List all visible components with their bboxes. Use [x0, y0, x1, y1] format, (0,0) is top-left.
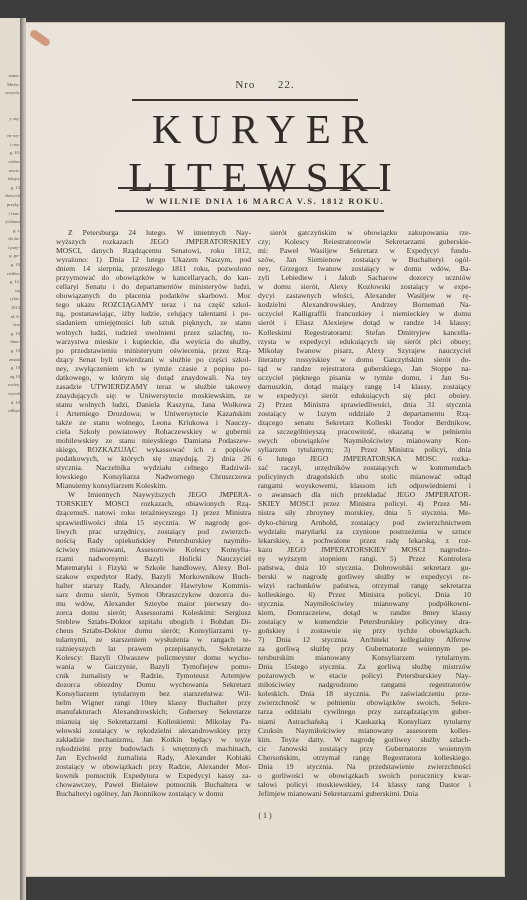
text-line: kownik pomocnik Expedytora w Expedycyi k… — [56, 771, 251, 780]
text-line: zać raczył, urzędników zostaiących w kom… — [258, 463, 471, 472]
text-line: tersburskim mianowany Konsyliarzem tytul… — [258, 653, 471, 662]
text-line: zostaiący w obowiązkach przy Radzie, Ale… — [56, 762, 251, 771]
text-line: chowawczey, Paweł Bielaiew pomocnik Buch… — [56, 780, 251, 789]
previous-page-edge: zaina- Mośw- wszych. y xię- ne wy- i cza… — [0, 18, 20, 900]
text-line: wyższych rozkazach JEGO JMPERATORSKIEY — [56, 237, 251, 246]
text-line: Jefimjew mianowani Sekretarzami guberski… — [258, 789, 471, 798]
text-line: rzysta w expedycyi edukuiących się sieró… — [258, 337, 471, 346]
text-line: państwa, dnia 10 stycznia. Dobrowolski s… — [258, 563, 471, 572]
text-line: Matematyki i Fizyki w Szkole handlowey, … — [56, 563, 251, 572]
text-line: cnik żurnalisty w Radzie, Tymoteusz Arte… — [56, 671, 251, 680]
text-line: zakładzie mechanizmu, Jan Kotkin będący … — [56, 735, 251, 744]
text-line: tałowi policyi moskiewskiey, 14 klassy r… — [258, 780, 471, 789]
text-line: zorca domu sierót; Assessorami Koleskimi… — [56, 608, 251, 617]
text-line: za gorliwą służbę przy Gubernatorze woie… — [258, 644, 471, 653]
text-line: mohilewskiey ze stanu mieyskiego Damiana… — [56, 436, 251, 445]
text-line: czy; Kolescy Reiestratorowie Sekretarzam… — [258, 237, 471, 246]
text-line: cellaryi Senatu i do departamentów minis… — [56, 282, 251, 291]
text-line: sprawiedliwości dnia 15 stycznia. W nagr… — [56, 518, 251, 527]
text-line: wizyi rachunków państwa, otrzymał rangę … — [258, 581, 471, 590]
text-line: ney, zwyłączeniem ich w tymże czasie z p… — [56, 364, 251, 373]
text-line: skiego, ROZKAZUJĄC wykassować ich z popi… — [56, 445, 251, 454]
newspaper-page: Nro 22. KURYER LITEWSKI W WILNIE DNIA 16… — [25, 22, 505, 877]
text-line: za szczególnieyszą pracowitość, okazaną … — [258, 427, 471, 436]
text-line: Steblew Sztabs-Doktor szpitalu ubogich i… — [56, 617, 251, 626]
text-line: wyrażono: 1) Dnia 12 lutego Ukazem Naszy… — [56, 255, 251, 264]
text-line: Mikołay Iwanow pisarz, Alexy Szyrajew na… — [258, 346, 471, 355]
text-line: zostaiący w 1szym oddziale 2 departament… — [258, 409, 471, 418]
text-line: kazu JEGO JMPERATORSKIEY MOSCI nagrodzo- — [258, 545, 471, 554]
text-line: Chersońskim, otrzymał rangę Regestratora… — [258, 753, 471, 762]
text-line: uczyciel Kalligraffii francuzkiey i niem… — [258, 309, 471, 318]
text-line: ciela Szkoły powiatowey Rohaczewskiey w … — [56, 427, 251, 436]
text-line: w domu sierót, Alexy Kozłowski zostaiący… — [258, 282, 471, 291]
issue-number-label: Nro — [235, 79, 255, 91]
text-line: MOSCI, danych Rządzącemu Senatowi, roku … — [56, 246, 251, 255]
text-line: nością Rady opiekuńskiey Petersburskiey … — [56, 536, 251, 545]
text-line: manufakturach Alexandrowskich; Gubersey … — [56, 707, 251, 716]
text-line: helm Wigner rangi 10tey klassy Buchalter… — [56, 698, 251, 707]
text-line: Z Petersburga 24 lutego. W imiennych Nay… — [56, 228, 251, 237]
text-line: tarza oddziału cywilnego przy zarządzaią… — [258, 707, 471, 716]
text-line: Mianuiemy konsyliarzem Koleskim. — [56, 481, 251, 490]
text-line: o gorliwości w obowiązkach swoich porucz… — [258, 771, 471, 780]
text-line: szakow expedytor Rady, Bazyli Morkowniko… — [56, 572, 251, 581]
dateline-rule-top — [118, 187, 380, 189]
dateline-rule-bottom — [115, 210, 384, 212]
dateline: W WILNIE DNIA 16 MARCA V.S. 1812 ROKU. — [25, 196, 505, 206]
text-line: datkowego, w którym się dotąd znaydowali… — [56, 373, 251, 382]
text-line: warzystwa mieskie i kupieckie, dla weyśc… — [56, 337, 251, 346]
text-line: dzący Senat byli utwierdzani w służbie p… — [56, 355, 251, 364]
text-line: gońskiey i zostawuie się przy tychże obo… — [258, 626, 471, 635]
text-line: Jan Eychweld żurnalista Rady, Alexander … — [56, 753, 251, 762]
text-line: kiem, Domraczeiew, dotąd w randze 8mey k… — [258, 608, 471, 617]
text-line: lekarskiey, a pochwalone przez radę leka… — [258, 536, 471, 545]
article-column-left: Z Petersburga 24 lutego. W imiennych Nay… — [56, 228, 251, 798]
text-line: cheus Sztabs-Doktor domu sierót; Konsyli… — [56, 626, 251, 635]
text-line: dzącemuS. natowi roku teraźnieyszego 1) … — [56, 508, 251, 517]
text-line: Dnia 19 stycznia. Na przedstawienie zwie… — [258, 762, 471, 771]
text-line: mu wdów, Alexander Szteybe maior pierwsz… — [56, 599, 251, 608]
text-line: mi: Paweł Wasiljew Sekretarz w Expedycyi… — [258, 246, 471, 255]
text-line: łowskiego Konsyliarza Nadwornego Chruszc… — [56, 472, 251, 481]
text-line: rzami nadwornymi: Bazyli Holicki Nauczyc… — [56, 554, 251, 563]
text-line: Konsyliarzem tytularnym bez starszeństwa… — [56, 689, 251, 698]
text-line: o awansach dla nich przekładać JEGO JMPE… — [258, 490, 471, 499]
text-line: sarz domu sierót, Symon Obraszczykow doz… — [56, 590, 251, 599]
text-line: szów, Jan Siemienow zostaiący w Buchalte… — [258, 255, 471, 264]
text-line: przyymować do obowiązków w kancellaryach… — [56, 273, 251, 282]
text-line: tularnymi, ze starszeniem wysłużenia w r… — [56, 635, 251, 644]
text-line: wydziału maryńarki za czynione postrzeże… — [258, 527, 471, 536]
text-line: Dnia 15stego stycznia. Za gorliwą służbę… — [258, 662, 471, 671]
text-line: liwych prac urzędnicy, zostaiący pod zwi… — [56, 527, 251, 536]
text-line: dozorca obiezdny Domu wychowania Sekreta… — [56, 680, 251, 689]
text-line: zwierzchność w pełnieniu obowiązków swoi… — [258, 698, 471, 707]
text-line: zyli Lebiediew i Jakub Sacharow dozorcy … — [258, 273, 471, 282]
text-line: 6 lutego JEGO JMPERATORSKA MOSC rozka- — [258, 454, 471, 463]
text-line: rękodzielni przy budowlach i wnętrznych … — [56, 744, 251, 753]
text-line: 2) Przez Ministra sprawiedliwości, dnia … — [258, 400, 471, 409]
text-line: Kolescy: Bazyli Olwaszew policmeyster do… — [56, 653, 251, 662]
text-line: mianuią się Sekretarzami Kolleskiemi: Mi… — [56, 717, 251, 726]
previous-page-text-fragments: zaina- Mośw- wszych. y xię- ne wy- i cza… — [0, 72, 20, 416]
text-line: zasadzie UTWIERDZAMY teraz w służbie tak… — [56, 382, 251, 391]
text-line: kim. Teyże datty. W nagrodę gorliwey słu… — [258, 735, 471, 744]
text-line: ściwiey mianowani, Assesorowie Kolescy K… — [56, 545, 251, 554]
text-line: dniem 14 sierpnia, przeszłego 1811 roku,… — [56, 264, 251, 273]
text-line: znaydujących się: w Uniwersytecie moskie… — [56, 391, 251, 400]
issue-number-value: 22. — [278, 79, 295, 91]
article-column-right: sierót gatczyńskim w obowiązku zakupowan… — [258, 228, 471, 798]
text-line: włowski zostaiący w rękodzielni alexandr… — [56, 726, 251, 735]
text-line: uczyciel pięknego pisania w tymże domu, … — [258, 373, 471, 382]
text-line: ną, postanawiając, iżby ludzie, celujący… — [56, 309, 251, 318]
text-line: kodzielni Alexandrowskiey, Andrzey Borne… — [258, 300, 471, 309]
text-line: także ze stanu wolnego, Leona Kriukowa i… — [56, 418, 251, 427]
text-line: ny wyższym stopniem rangi. 5) Przez Kont… — [258, 554, 471, 563]
text-line: ney, Grzegorz Iwanow zostaiący w domu wd… — [258, 264, 471, 273]
text-line: Kolleskimi Regestratorami: Stefan Dmitry… — [258, 328, 471, 337]
text-line: 7) Dnia 12 stycznia. Architekt kollegial… — [258, 635, 471, 644]
text-line: W Imiennych Naywyższych JEGO JMPERA- — [56, 490, 251, 499]
page-number: ( 1 ) — [25, 811, 505, 820]
title-rule-top — [132, 99, 358, 101]
text-line: syliarzem tytularnym; 3) Przez Ministra … — [258, 445, 471, 454]
text-line: berski w nagrodę gorliwey służby w exped… — [258, 572, 471, 581]
text-line: cic Janowski zostaiący przy Gubernatorze… — [258, 744, 471, 753]
text-line: po przedstawieniu ministeryum oświecenia… — [56, 346, 251, 355]
text-line: tąd w randze rejestratora guberskiego, J… — [258, 364, 471, 373]
text-line: stycznia. Naymiłościwiey mianowany podpó… — [258, 599, 471, 608]
text-line: stanu wolnych ludzi, Daniela Kaszyna, Ja… — [56, 400, 251, 409]
text-line: literatury rossyiskiey w domu Gatczyński… — [258, 355, 471, 364]
text-line: raźnieyszych lat prawem przepisanych, Se… — [56, 644, 251, 653]
text-line: halter starszy Rady, Alexander Hawryłow … — [56, 581, 251, 590]
text-line: koleskich. Dnia 18 stycznia. Po zaświadc… — [258, 689, 471, 698]
text-line: sierót gatczyńskim w obowiązku zakupowan… — [258, 228, 471, 237]
text-line: dzącego senatu Sekretarz Kolleski Teodor… — [258, 418, 471, 427]
text-line: i Artemiego Drozdowa; w Uniwersytecie Ka… — [56, 409, 251, 418]
text-line: darnuszkin, dotąd maiący rangę 14 klassy… — [258, 382, 471, 391]
text-line: rangami woyskowemi, klassom ich odpowied… — [258, 481, 471, 490]
text-line: miłościwiey nadgrodzono rangami regestra… — [258, 680, 471, 689]
text-line: kolleskiego. 6) Przez Ministra policyi. … — [258, 590, 471, 599]
text-line: dyko-chirurg Arnhold, zostaiący pod zwie… — [258, 518, 471, 527]
text-line: policyinych dragońskich obu stolic miano… — [258, 472, 471, 481]
text-line: obowiązanych do płacenia podatków skarbo… — [56, 291, 251, 300]
text-line: wolnych ludzi, tudzież uwolnieni przez s… — [56, 328, 251, 337]
text-line: pożarowych w etacie policyi Petersburski… — [258, 671, 471, 680]
text-line: Buchalteryi ogólney, Jan Jkonnikow zosta… — [56, 789, 251, 798]
text-line: niami Astrachańską i Kaukazką Konsyliarz… — [258, 717, 471, 726]
text-line: stycznia. Naczelnika wydziału celnego Ra… — [56, 463, 251, 472]
paper-stain — [29, 28, 52, 47]
text-line: zostaiący w komendzie Petersburskiey pol… — [258, 617, 471, 626]
text-line: SKIEY MOSCI przez Ministra policyi. 4) P… — [258, 499, 471, 508]
text-line: siadaniem umiejętności lub sztuk pięknyc… — [56, 318, 251, 327]
text-line: dycyi zastawnych włości, Alexander Wasil… — [258, 291, 471, 300]
text-line: Czuksin Naymiłościwiey mianowany assesor… — [258, 726, 471, 735]
text-line: sierót i Eliasz Alexiejew dotąd w randze… — [258, 318, 471, 327]
text-line: wania w Gatczynie, Bazyli Tymofiejew pom… — [56, 662, 251, 671]
text-line: tego ukazu ROZCIĄGAMY teraz i na część s… — [56, 300, 251, 309]
text-line: swych obowiązków Naymiłościwiey mianowan… — [258, 436, 471, 445]
text-line: w expedycyi sierót edukuiących się płci … — [258, 391, 471, 400]
text-line: nistra siły zbroyney morskiey, dnia 5 st… — [258, 508, 471, 517]
issue-number: Nro 22. — [25, 79, 505, 91]
text-line: TORSKIEY MOSCI rozkazach, obiawionych Rz… — [56, 499, 251, 508]
text-line: podatkowych, w których się znaydują. 2) … — [56, 454, 251, 463]
